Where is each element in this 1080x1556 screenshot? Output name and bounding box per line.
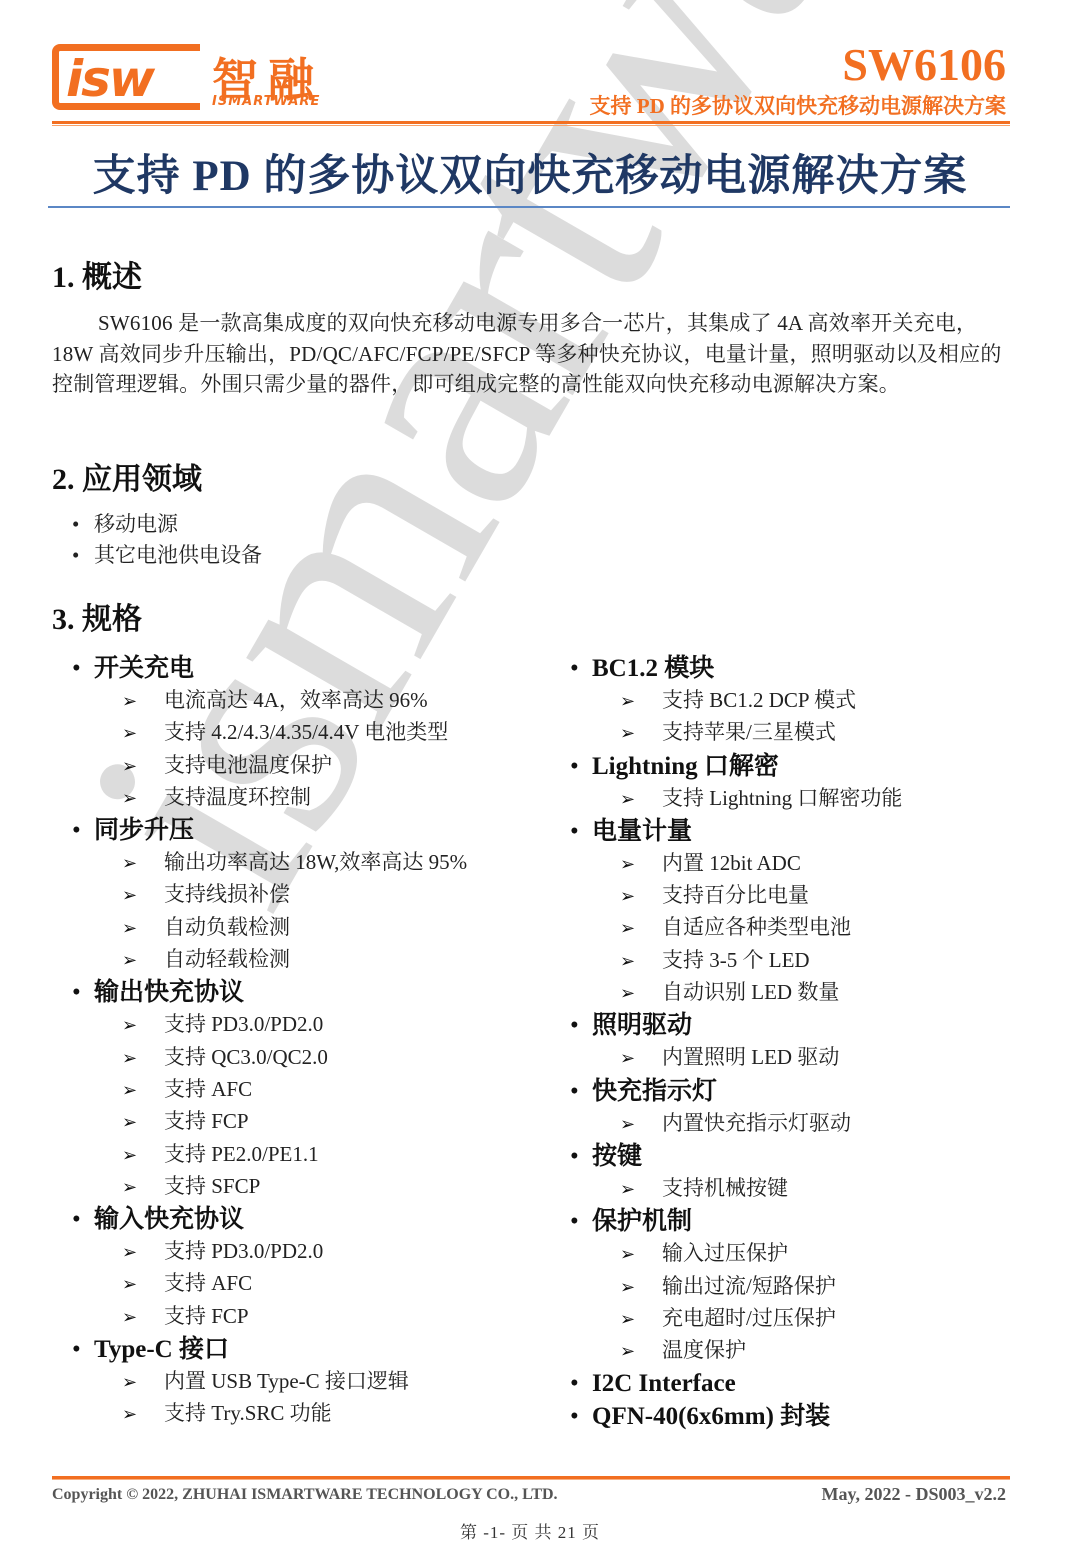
spec-group-title: •QFN-40(6x6mm) 封装 bbox=[570, 1400, 902, 1433]
arrow-bullet-icon: ➢ bbox=[122, 752, 164, 782]
part-number: SW6106 bbox=[842, 38, 1006, 91]
spec-item: ➢温度保护 bbox=[620, 1335, 902, 1367]
spec-group: •保护机制➢输入过压保护➢输出过流/短路保护➢充电超时/过压保护➢温度保护 bbox=[570, 1205, 902, 1367]
spec-group-label: Lightning 口解密 bbox=[592, 753, 779, 780]
spec-item-text: 内置照明 LED 驱动 bbox=[662, 1045, 839, 1069]
spec-item-text: 支持 FCP bbox=[164, 1304, 249, 1328]
arrow-bullet-icon: ➢ bbox=[122, 1141, 164, 1171]
spec-group-label: 保护机制 bbox=[592, 1208, 692, 1235]
arrow-bullet-icon: ➢ bbox=[122, 687, 164, 717]
spec-item: ➢自适应各种类型电池 bbox=[620, 912, 902, 944]
spec-item-text: 充电超时/过压保护 bbox=[662, 1306, 836, 1330]
arrow-bullet-icon: ➢ bbox=[620, 1337, 662, 1367]
spec-group-label: 输入快充协议 bbox=[94, 1206, 244, 1233]
spec-group: •Lightning 口解密➢支持 Lightning 口解密功能 bbox=[570, 750, 902, 815]
spec-item: ➢支持 Lightning 口解密功能 bbox=[620, 783, 902, 815]
spec-item-text: 电流高达 4A，效率高达 96% bbox=[164, 688, 428, 712]
list-item: 移动电源 bbox=[72, 509, 262, 540]
header-subtitle: 支持 PD 的多协议双向快充移动电源解决方案 bbox=[590, 90, 1007, 120]
arrow-bullet-icon: ➢ bbox=[620, 1110, 662, 1140]
spec-item: ➢支持电池温度保护 bbox=[122, 750, 467, 782]
arrow-bullet-icon: ➢ bbox=[122, 946, 164, 976]
spec-item-text: 自动识别 LED 数量 bbox=[662, 980, 839, 1004]
arrow-bullet-icon: ➢ bbox=[122, 1173, 164, 1203]
spec-item-text: 支持 PD3.0/PD2.0 bbox=[164, 1239, 323, 1263]
spec-group-title: •输出快充协议 bbox=[72, 976, 467, 1009]
spec-item: ➢支持 SFCP bbox=[122, 1171, 467, 1203]
spec-item-text: 输出功率高达 18W,效率高达 95% bbox=[164, 850, 467, 874]
arrow-bullet-icon: ➢ bbox=[122, 1108, 164, 1138]
spec-item: ➢电流高达 4A，效率高达 96% bbox=[122, 685, 467, 717]
spec-item-list: ➢输出功率高达 18W,效率高达 95%➢支持线损补偿➢自动负载检测➢自动轻载检… bbox=[72, 847, 467, 976]
arrow-bullet-icon: ➢ bbox=[122, 1303, 164, 1333]
spec-item-list: ➢内置 USB Type-C 接口逻辑➢支持 Try.SRC 功能 bbox=[72, 1366, 467, 1431]
spec-item-text: 内置 12bit ADC bbox=[662, 851, 801, 875]
spec-item: ➢内置 USB Type-C 接口逻辑 bbox=[122, 1366, 467, 1398]
arrow-bullet-icon: ➢ bbox=[122, 1238, 164, 1268]
arrow-bullet-icon: ➢ bbox=[122, 1270, 164, 1300]
spec-item-text: 自动轻载检测 bbox=[164, 947, 290, 971]
spec-group-title: •输入快充协议 bbox=[72, 1203, 467, 1236]
spec-item-text: 支持 Lightning 口解密功能 bbox=[662, 786, 902, 810]
spec-item-list: ➢内置 12bit ADC➢支持百分比电量➢自适应各种类型电池➢支持 3-5 个… bbox=[570, 848, 902, 1009]
spec-item-text: 支持 Try.SRC 功能 bbox=[164, 1401, 332, 1425]
spec-group-label: 同步升压 bbox=[94, 817, 194, 844]
spec-item-text: 支持 PE2.0/PE1.1 bbox=[164, 1142, 319, 1166]
spec-item-text: 支持 AFC bbox=[164, 1271, 252, 1295]
section-heading-applications: 2. 应用领域 bbox=[52, 454, 202, 498]
spec-group-title: •按键 bbox=[570, 1140, 902, 1173]
spec-item-text: 支持 BC1.2 DCP 模式 bbox=[662, 688, 856, 712]
spec-group: •开关充电➢电流高达 4A，效率高达 96%➢支持 4.2/4.3/4.35/4… bbox=[72, 652, 467, 814]
arrow-bullet-icon: ➢ bbox=[122, 849, 164, 879]
spec-item-list: ➢支持机械按键 bbox=[570, 1173, 902, 1205]
arrow-bullet-icon: ➢ bbox=[122, 1044, 164, 1074]
arrow-bullet-icon: ➢ bbox=[620, 882, 662, 912]
arrow-bullet-icon: ➢ bbox=[620, 947, 662, 977]
spec-item: ➢内置快充指示灯驱动 bbox=[620, 1108, 902, 1140]
arrow-bullet-icon: ➢ bbox=[620, 719, 662, 749]
spec-item-text: 支持机械按键 bbox=[662, 1176, 788, 1200]
spec-item-text: 支持百分比电量 bbox=[662, 883, 809, 907]
spec-group: •按键➢支持机械按键 bbox=[570, 1140, 902, 1205]
spec-group: •同步升压➢输出功率高达 18W,效率高达 95%➢支持线损补偿➢自动负载检测➢… bbox=[72, 814, 467, 976]
spec-item: ➢充电超时/过压保护 bbox=[620, 1303, 902, 1335]
bullet-icon: • bbox=[72, 976, 94, 1009]
bullet-icon: • bbox=[570, 750, 592, 783]
arrow-bullet-icon: ➢ bbox=[620, 979, 662, 1009]
spec-item: ➢支持机械按键 bbox=[620, 1173, 902, 1205]
spec-item: ➢支持 4.2/4.3/4.35/4.4V 电池类型 bbox=[122, 717, 467, 749]
spec-item: ➢支持苹果/三星模式 bbox=[620, 717, 902, 749]
spec-item-text: 温度保护 bbox=[662, 1338, 746, 1362]
spec-group-title: •保护机制 bbox=[570, 1205, 902, 1238]
bullet-icon: • bbox=[72, 652, 94, 685]
spec-item: ➢支持 AFC bbox=[122, 1074, 467, 1106]
list-item: 其它电池供电设备 bbox=[72, 540, 262, 571]
spec-group-title: •照明驱动 bbox=[570, 1009, 902, 1042]
bullet-icon: • bbox=[72, 1203, 94, 1236]
spec-item: ➢自动轻载检测 bbox=[122, 944, 467, 976]
spec-group-label: 电量计量 bbox=[592, 818, 692, 845]
spec-item-text: 支持 SFCP bbox=[164, 1174, 260, 1198]
arrow-bullet-icon: ➢ bbox=[620, 1305, 662, 1335]
spec-group-title: •I2C Interface bbox=[570, 1367, 902, 1400]
bullet-icon: • bbox=[570, 1075, 592, 1108]
spec-group-title: •电量计量 bbox=[570, 815, 902, 848]
spec-item: ➢支持百分比电量 bbox=[620, 880, 902, 912]
spec-group-label: QFN-40(6x6mm) 封装 bbox=[592, 1403, 830, 1430]
spec-item-list: ➢支持 PD3.0/PD2.0➢支持 QC3.0/QC2.0➢支持 AFC➢支持… bbox=[72, 1009, 467, 1203]
arrow-bullet-icon: ➢ bbox=[122, 784, 164, 814]
header-divider-thin bbox=[52, 125, 1010, 126]
applications-list: 移动电源 其它电池供电设备 bbox=[72, 509, 262, 570]
bullet-icon: • bbox=[570, 1205, 592, 1238]
spec-item-text: 支持 PD3.0/PD2.0 bbox=[164, 1012, 323, 1036]
bullet-icon: • bbox=[570, 1009, 592, 1042]
spec-group-title: •快充指示灯 bbox=[570, 1075, 902, 1108]
spec-item: ➢支持 FCP bbox=[122, 1106, 467, 1138]
spec-item: ➢支持温度环控制 bbox=[122, 782, 467, 814]
arrow-bullet-icon: ➢ bbox=[620, 785, 662, 815]
spec-item: ➢支持 PD3.0/PD2.0 bbox=[122, 1009, 467, 1041]
spec-item-text: 支持 3-5 个 LED bbox=[662, 948, 810, 972]
bullet-icon: • bbox=[570, 1367, 592, 1400]
spec-item-text: 内置 USB Type-C 接口逻辑 bbox=[164, 1369, 409, 1393]
spec-group: •输出快充协议➢支持 PD3.0/PD2.0➢支持 QC3.0/QC2.0➢支持… bbox=[72, 976, 467, 1203]
arrow-bullet-icon: ➢ bbox=[122, 1400, 164, 1430]
copyright-notice: Copyright © 2022, ZHUHAI ISMARTWARE TECH… bbox=[52, 1486, 558, 1504]
spec-group-title: •Type-C 接口 bbox=[72, 1333, 467, 1366]
bullet-icon: • bbox=[570, 1400, 592, 1433]
section-heading-specs: 3. 规格 bbox=[52, 594, 142, 638]
spec-group: •BC1.2 模块➢支持 BC1.2 DCP 模式➢支持苹果/三星模式 bbox=[570, 652, 902, 750]
spec-item-text: 自动负载检测 bbox=[164, 915, 290, 939]
spec-item: ➢支持 QC3.0/QC2.0 bbox=[122, 1042, 467, 1074]
spec-group-label: I2C Interface bbox=[592, 1370, 736, 1397]
arrow-bullet-icon: ➢ bbox=[122, 1011, 164, 1041]
spec-item-text: 支持 QC3.0/QC2.0 bbox=[164, 1045, 328, 1069]
spec-group: •Type-C 接口➢内置 USB Type-C 接口逻辑➢支持 Try.SRC… bbox=[72, 1333, 467, 1431]
arrow-bullet-icon: ➢ bbox=[620, 687, 662, 717]
spec-item: ➢支持 Try.SRC 功能 bbox=[122, 1398, 467, 1430]
spec-group-title: •开关充电 bbox=[72, 652, 467, 685]
spec-item-list: ➢电流高达 4A，效率高达 96%➢支持 4.2/4.3/4.35/4.4V 电… bbox=[72, 685, 467, 814]
bullet-icon: • bbox=[72, 1333, 94, 1366]
spec-item: ➢支持 3-5 个 LED bbox=[620, 945, 902, 977]
company-logo: isw 智融 ISMARTWARE bbox=[52, 44, 352, 114]
spec-group: •QFN-40(6x6mm) 封装 bbox=[570, 1400, 902, 1433]
spec-item-list: ➢支持 BC1.2 DCP 模式➢支持苹果/三星模式 bbox=[570, 685, 902, 750]
spec-group-title: •Lightning 口解密 bbox=[570, 750, 902, 783]
spec-item-text: 支持苹果/三星模式 bbox=[662, 720, 836, 744]
spec-group: •I2C Interface bbox=[570, 1367, 902, 1400]
document-version: May, 2022 - DS003_v2.2 bbox=[822, 1484, 1007, 1505]
logo-mark: isw bbox=[66, 50, 153, 108]
arrow-bullet-icon: ➢ bbox=[122, 1076, 164, 1106]
spec-group: •电量计量➢内置 12bit ADC➢支持百分比电量➢自适应各种类型电池➢支持 … bbox=[570, 815, 902, 1009]
spec-item-text: 输出过流/短路保护 bbox=[662, 1274, 836, 1298]
spec-group-label: BC1.2 模块 bbox=[592, 655, 714, 682]
spec-item-text: 支持温度环控制 bbox=[164, 785, 311, 809]
title-divider bbox=[48, 206, 1010, 208]
spec-group-title: •同步升压 bbox=[72, 814, 467, 847]
spec-item-text: 内置快充指示灯驱动 bbox=[662, 1111, 851, 1135]
spec-item: ➢支持 AFC bbox=[122, 1268, 467, 1300]
spec-item: ➢内置 12bit ADC bbox=[620, 848, 902, 880]
spec-group: •快充指示灯➢内置快充指示灯驱动 bbox=[570, 1075, 902, 1140]
spec-item: ➢内置照明 LED 驱动 bbox=[620, 1042, 902, 1074]
spec-item-list: ➢支持 PD3.0/PD2.0➢支持 AFC➢支持 FCP bbox=[72, 1236, 467, 1333]
spec-item: ➢支持 PE2.0/PE1.1 bbox=[122, 1139, 467, 1171]
spec-item: ➢输出功率高达 18W,效率高达 95% bbox=[122, 847, 467, 879]
spec-item-list: ➢输入过压保护➢输出过流/短路保护➢充电超时/过压保护➢温度保护 bbox=[570, 1238, 902, 1367]
bullet-icon: • bbox=[570, 815, 592, 848]
arrow-bullet-icon: ➢ bbox=[620, 1273, 662, 1303]
spec-item-list: ➢支持 Lightning 口解密功能 bbox=[570, 783, 902, 815]
arrow-bullet-icon: ➢ bbox=[620, 1240, 662, 1270]
spec-group-label: 开关充电 bbox=[94, 655, 194, 682]
arrow-bullet-icon: ➢ bbox=[122, 881, 164, 911]
bullet-icon: • bbox=[72, 814, 94, 847]
spec-item: ➢支持 FCP bbox=[122, 1301, 467, 1333]
spec-group-label: 照明驱动 bbox=[592, 1012, 692, 1039]
spec-group-label: 按键 bbox=[592, 1143, 642, 1170]
arrow-bullet-icon: ➢ bbox=[620, 914, 662, 944]
spec-item-text: 支持 AFC bbox=[164, 1077, 252, 1101]
spec-item: ➢支持线损补偿 bbox=[122, 879, 467, 911]
overview-paragraph: SW6106 是一款高集成度的双向快充移动电源专用多合一芯片，其集成了 4A 高… bbox=[52, 308, 1010, 400]
bullet-icon: • bbox=[570, 652, 592, 685]
spec-item: ➢输出过流/短路保护 bbox=[620, 1271, 902, 1303]
spec-item: ➢支持 PD3.0/PD2.0 bbox=[122, 1236, 467, 1268]
spec-item-text: 输入过压保护 bbox=[662, 1241, 788, 1265]
section-heading-overview: 1. 概述 bbox=[52, 252, 142, 296]
spec-item-text: 支持 FCP bbox=[164, 1109, 249, 1133]
spec-item: ➢自动负载检测 bbox=[122, 912, 467, 944]
spec-group: •输入快充协议➢支持 PD3.0/PD2.0➢支持 AFC➢支持 FCP bbox=[72, 1203, 467, 1333]
arrow-bullet-icon: ➢ bbox=[122, 914, 164, 944]
spec-item-list: ➢内置照明 LED 驱动 bbox=[570, 1042, 902, 1074]
bullet-icon: • bbox=[570, 1140, 592, 1173]
arrow-bullet-icon: ➢ bbox=[620, 1044, 662, 1074]
spec-group-label: Type-C 接口 bbox=[94, 1336, 229, 1363]
spec-group-title: •BC1.2 模块 bbox=[570, 652, 902, 685]
page-title: 支持 PD 的多协议双向快充移动电源解决方案 bbox=[0, 142, 1060, 203]
arrow-bullet-icon: ➢ bbox=[122, 719, 164, 749]
spec-item: ➢输入过压保护 bbox=[620, 1238, 902, 1270]
spec-item-text: 支持 4.2/4.3/4.35/4.4V 电池类型 bbox=[164, 720, 448, 744]
spec-item-list: ➢内置快充指示灯驱动 bbox=[570, 1108, 902, 1140]
spec-item-text: 自适应各种类型电池 bbox=[662, 915, 851, 939]
spec-group-label: 快充指示灯 bbox=[592, 1078, 717, 1105]
specs-right-column: •BC1.2 模块➢支持 BC1.2 DCP 模式➢支持苹果/三星模式•Ligh… bbox=[570, 652, 902, 1433]
arrow-bullet-icon: ➢ bbox=[620, 850, 662, 880]
logo-english-name: ISMARTWARE bbox=[212, 94, 320, 109]
spec-item-text: 支持线损补偿 bbox=[164, 882, 290, 906]
specs-left-column: •开关充电➢电流高达 4A，效率高达 96%➢支持 4.2/4.3/4.35/4… bbox=[72, 652, 467, 1431]
spec-group: •照明驱动➢内置照明 LED 驱动 bbox=[570, 1009, 902, 1074]
footer-divider-thin bbox=[52, 1479, 1010, 1480]
spec-item: ➢支持 BC1.2 DCP 模式 bbox=[620, 685, 902, 717]
spec-item-text: 支持电池温度保护 bbox=[164, 753, 332, 777]
arrow-bullet-icon: ➢ bbox=[620, 1175, 662, 1205]
arrow-bullet-icon: ➢ bbox=[122, 1368, 164, 1398]
spec-item: ➢自动识别 LED 数量 bbox=[620, 977, 902, 1009]
spec-group-label: 输出快充协议 bbox=[94, 979, 244, 1006]
header-divider bbox=[52, 121, 1010, 124]
page-number: 第 -1- 页 共 21 页 bbox=[0, 1518, 1060, 1543]
